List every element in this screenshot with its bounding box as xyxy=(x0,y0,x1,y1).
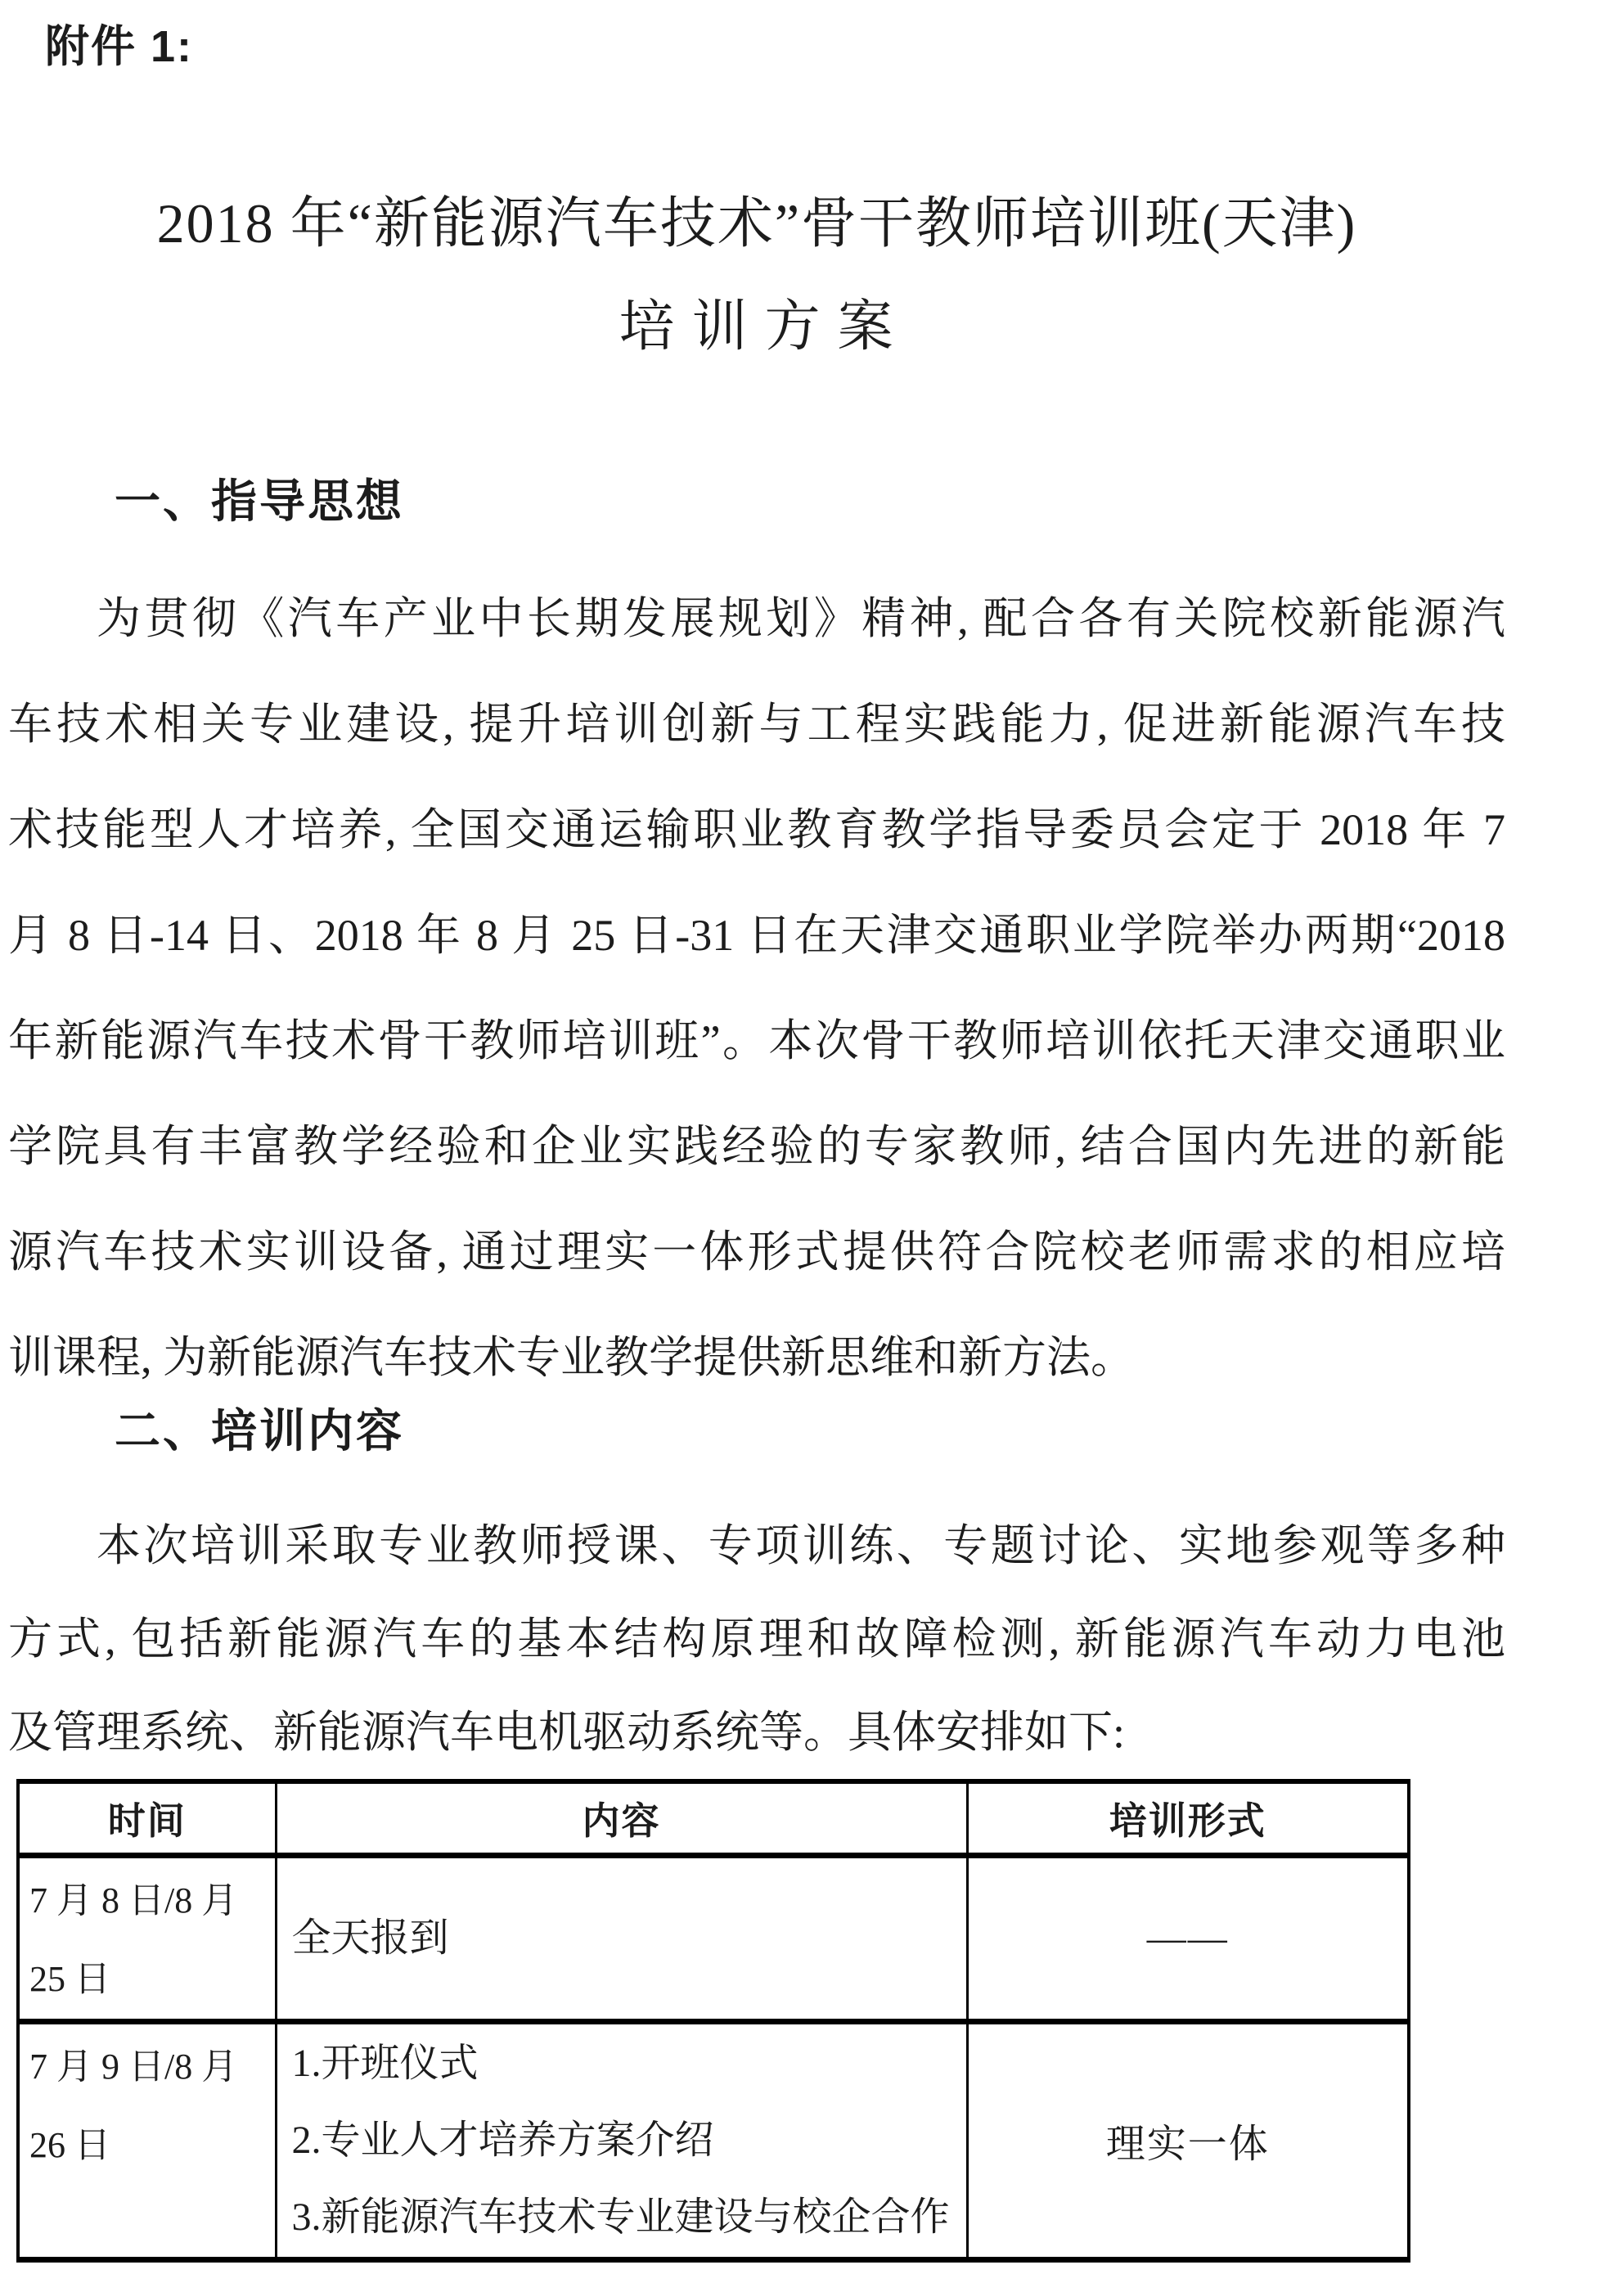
table-row: 7 月 9 日/8 月 26 日 1.开班仪式 2.专业人才培养方案介绍 3.新… xyxy=(18,2021,1409,2259)
table-row: 7 月 8 日/8 月 25 日 全天报到 —— xyxy=(18,1855,1409,2021)
cell-line: 3.新能源汽车技术专业建设与校企合作 xyxy=(292,2179,965,2256)
paragraph-line: 源汽车技术实训设备, 通过理实一体形式提供符合院校老师需求的相应培 xyxy=(8,1200,1505,1305)
cell-time: 7 月 9 日/8 月 26 日 xyxy=(18,2021,276,2259)
cell-line: 7 月 8 日/8 月 xyxy=(29,1862,270,1940)
paragraph-line: 车技术相关专业建设, 提升培训创新与工程实践能力, 促进新能源汽车技 xyxy=(8,672,1505,777)
cell-line: 26 日 xyxy=(29,2106,270,2185)
attachment-label: 附件 1: xyxy=(45,18,1505,75)
table-header-row: 时间 内容 培训形式 xyxy=(18,1781,1409,1855)
paragraph-line: 术技能型人才培养, 全国交通运输职业教育教学指导委员会定于 2018 年 7 xyxy=(8,777,1505,883)
cell-line: 1.开班仪式 xyxy=(292,2025,965,2102)
paragraph-line: 训课程, 为新能源汽车技术专业教学提供新思维和新方法。 xyxy=(8,1305,1505,1411)
cell-line: 25 日 xyxy=(29,1940,270,2019)
paragraph-line: 及管理系统、新能源汽车电机驱动系统等。具体安排如下: xyxy=(8,1686,1505,1779)
paragraph-line: 月 8 日-14 日、2018 年 8 月 25 日-31 日在天津交通职业学院… xyxy=(8,883,1505,988)
cell-time: 7 月 8 日/8 月 25 日 xyxy=(18,1855,276,2021)
title-line-2: 培 训 方 案 xyxy=(8,275,1505,378)
paragraph-line: 本次培训采取专业教师授课、专项训练、专题讨论、实地参观等多种 xyxy=(8,1499,1505,1592)
paragraph-line: 学院具有丰富教学经验和企业实践经验的专家教师, 结合国内先进的新能 xyxy=(8,1094,1505,1200)
section-1-paragraph: 为贯彻《汽车产业中长期发展规划》精神, 配合各有关院校新能源汽 车技术相关专业建… xyxy=(8,566,1505,1411)
document-title: 2018 年“新能源汽车技术”骨干教师培训班(天津) 培 训 方 案 xyxy=(8,172,1505,378)
paragraph-line: 为贯彻《汽车产业中长期发展规划》精神, 配合各有关院校新能源汽 xyxy=(8,566,1505,672)
header-cell-content: 内容 xyxy=(276,1781,967,1855)
cell-line: 全天报到 xyxy=(292,1900,965,1977)
paragraph-line: 年新能源汽车技术骨干教师培训班”。本次骨干教师培训依托天津交通职业 xyxy=(8,988,1505,1094)
cell-content: 全天报到 xyxy=(276,1855,967,2021)
cell-line: 7 月 9 日/8 月 xyxy=(29,2028,270,2106)
header-cell-time: 时间 xyxy=(18,1781,276,1855)
section-1-heading: 一、指导思想 xyxy=(115,468,1505,535)
title-line-1: 2018 年“新能源汽车技术”骨干教师培训班(天津) xyxy=(8,172,1505,275)
cell-line: 2.专业人才培养方案介绍 xyxy=(292,2102,965,2179)
paragraph-line: 方式, 包括新能源汽车的基本结构原理和故障检测, 新能源汽车动力电池 xyxy=(8,1592,1505,1686)
section-2-paragraph: 本次培训采取专业教师授课、专项训练、专题讨论、实地参观等多种 方式, 包括新能源… xyxy=(8,1499,1505,1779)
document-page: 附件 1: 2018 年“新能源汽车技术”骨干教师培训班(天津) 培 训 方 案… xyxy=(0,0,1624,2283)
cell-form: 理实一体 xyxy=(967,2021,1409,2259)
cell-content: 1.开班仪式 2.专业人才培养方案介绍 3.新能源汽车技术专业建设与校企合作 xyxy=(276,2021,967,2259)
schedule-table: 时间 内容 培训形式 7 月 8 日/8 月 25 日 全天报到 —— 7 月 … xyxy=(16,1779,1410,2263)
cell-form: —— xyxy=(967,1855,1409,2021)
header-cell-form: 培训形式 xyxy=(967,1781,1409,1855)
